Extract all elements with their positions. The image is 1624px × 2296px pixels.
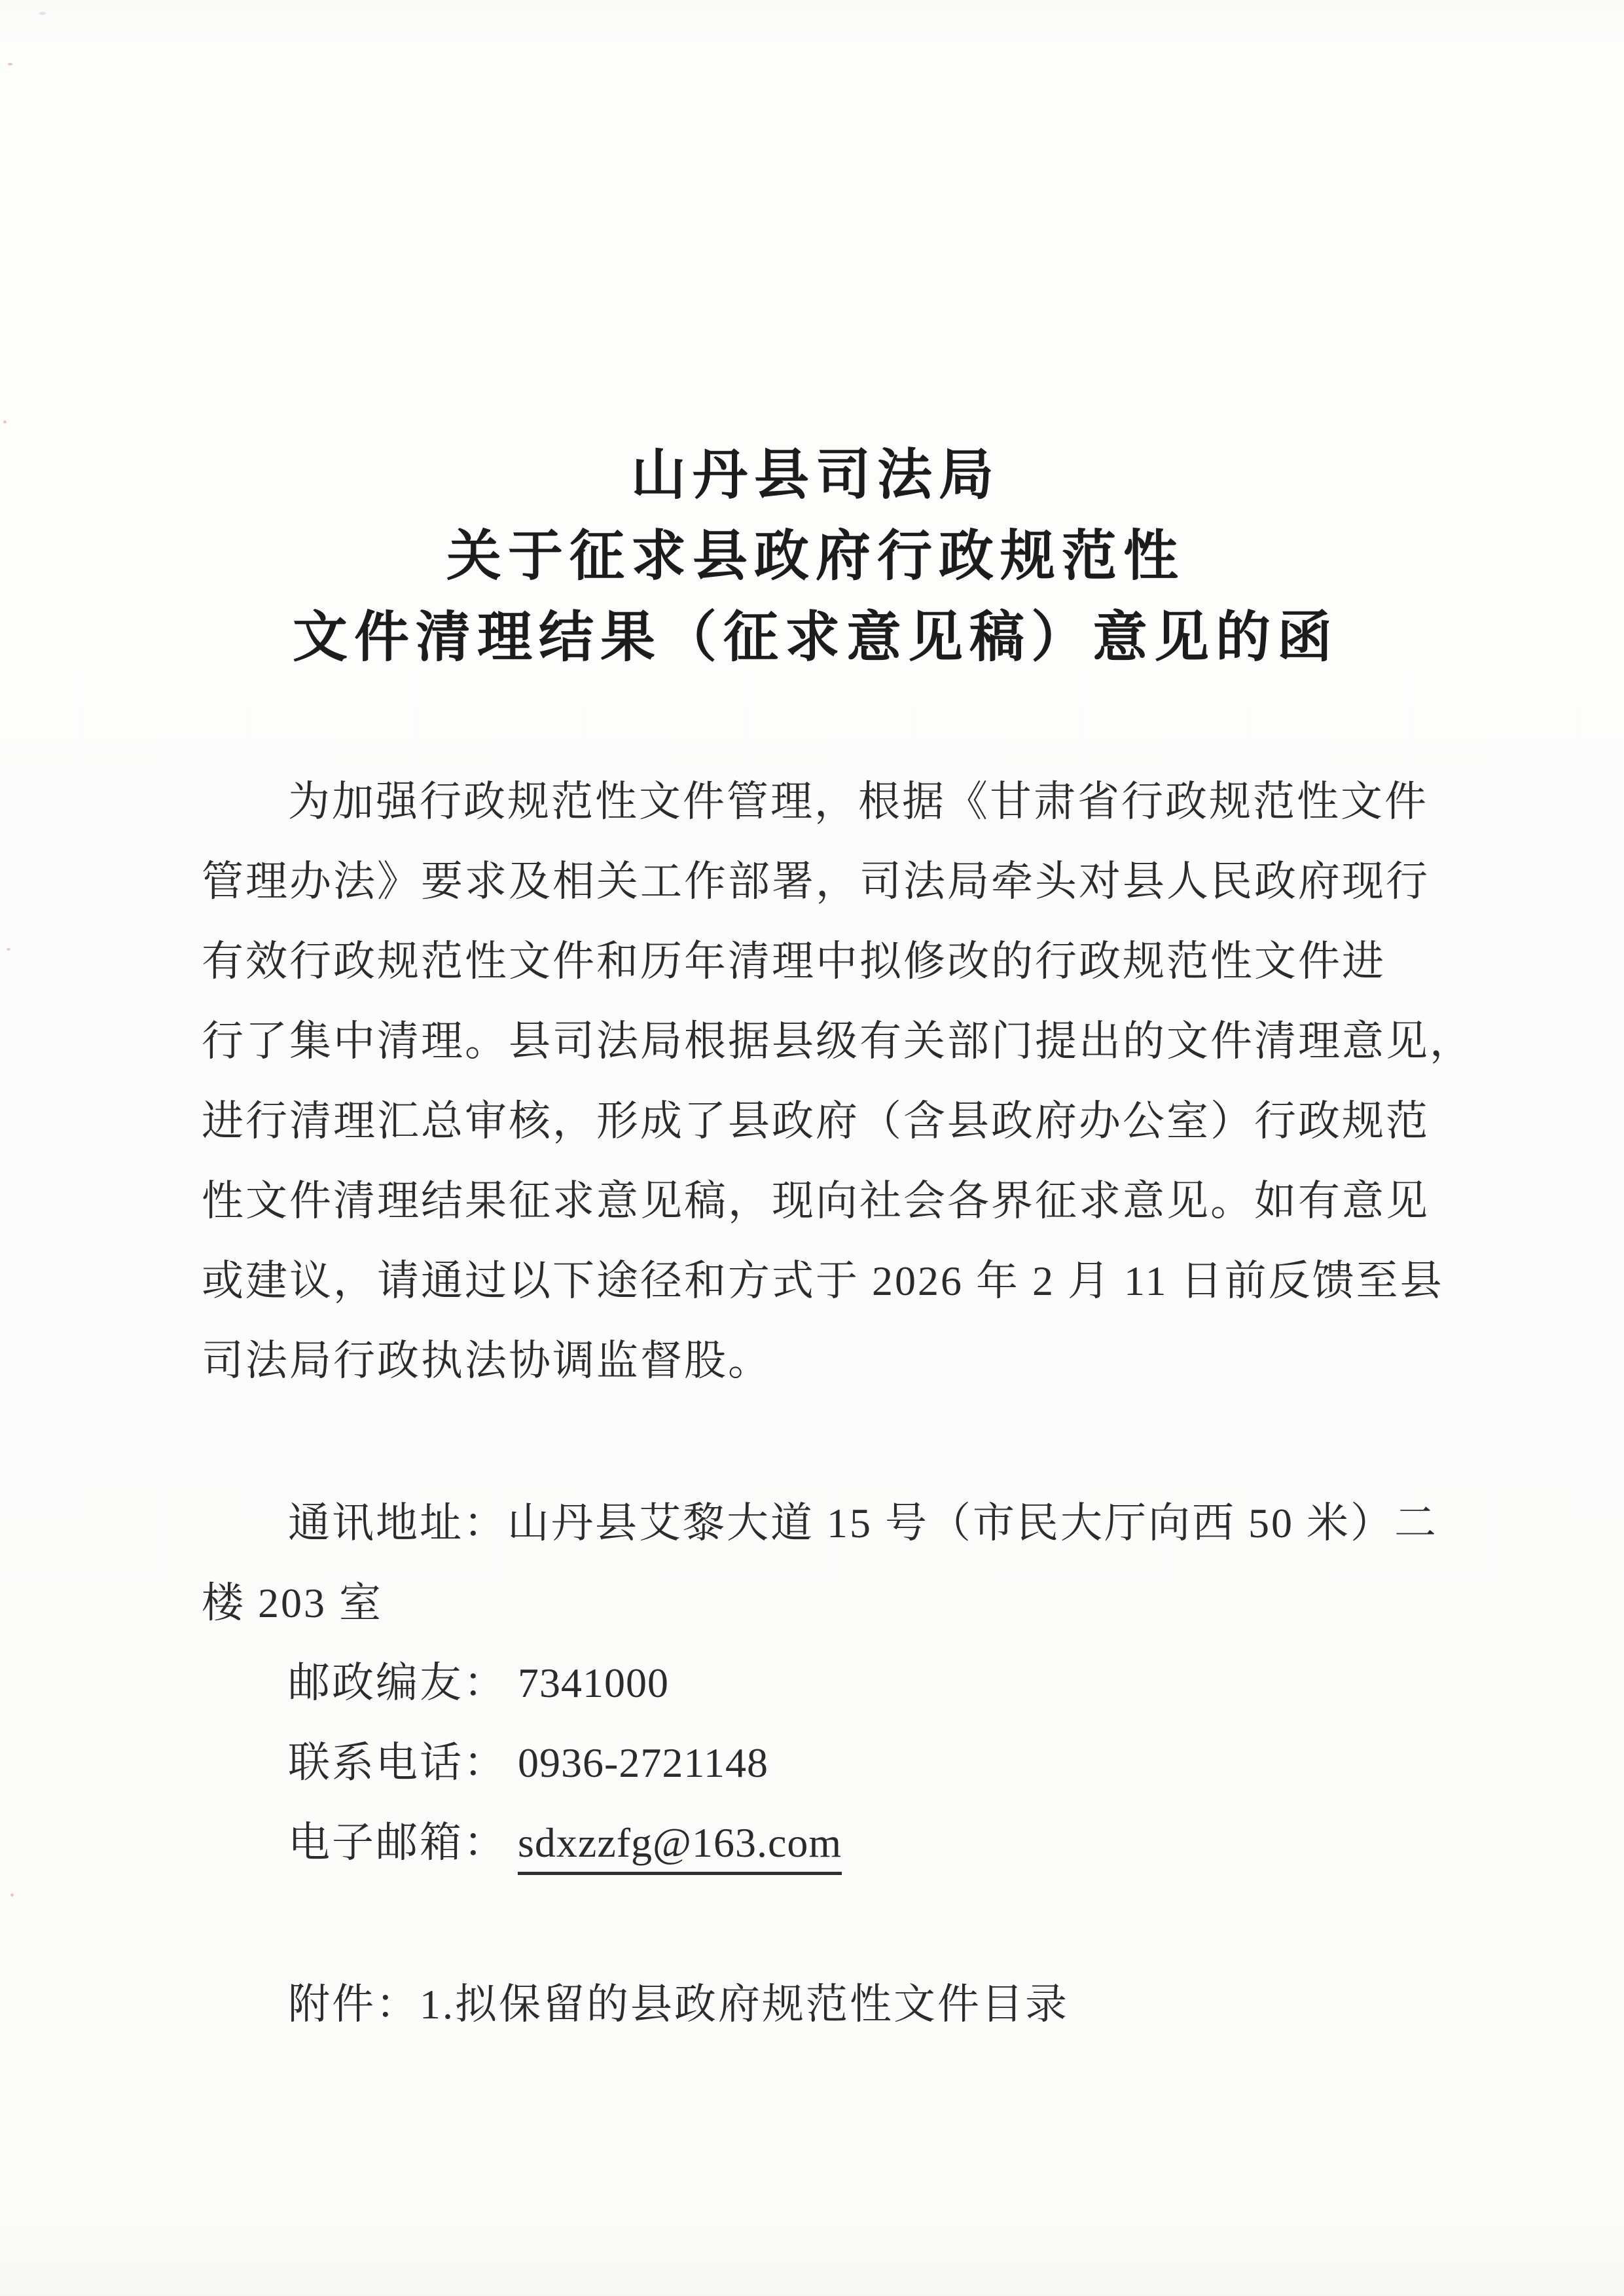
document-title: 山丹县司法局 关于征求县政府行政规范性 文件清理结果（征求意见稿）意见的函	[202, 435, 1430, 679]
title-line-subject-1: 关于征求县政府行政规范性	[202, 517, 1430, 598]
attachment-line: 附件：1.拟保留的县政府规范性文件目录	[202, 1965, 1430, 2045]
scan-speck	[7, 948, 10, 951]
title-line-subject-2: 文件清理结果（征求意见稿）意见的函	[202, 598, 1430, 679]
mailing-address-line-2: 楼 203 室	[202, 1563, 1430, 1643]
scan-speck	[8, 63, 12, 65]
body-paragraph: 为加强行政规范性文件管理，根据《甘肃省行政规范性文件 管理办法》要求及相关工作部…	[202, 762, 1430, 1401]
attachment-section: 附件：1.拟保留的县政府规范性文件目录	[202, 1965, 1430, 2045]
body-line-3: 有效行政规范性文件和历年清理中拟修改的行政规范性文件进	[202, 922, 1430, 1002]
phone-line: 联系电话：0936-2721148	[202, 1723, 1430, 1803]
scanned-document-page: 山丹县司法局 关于征求县政府行政规范性 文件清理结果（征求意见稿）意见的函 为加…	[0, 0, 1624, 2296]
postal-code-label: 邮政编友：	[288, 1660, 507, 1706]
phone-value: 0936-2721148	[518, 1740, 768, 1786]
document-content-column: 山丹县司法局 关于征求县政府行政规范性 文件清理结果（征求意见稿）意见的函 为加…	[202, 435, 1430, 2045]
title-line-issuer: 山丹县司法局	[202, 435, 1430, 517]
body-line-4: 行了集中清理。县司法局根据县级有关部门提出的文件清理意见，	[202, 1002, 1430, 1082]
postal-code-line: 邮政编友：7341000	[202, 1643, 1430, 1723]
body-line-2: 管理办法》要求及相关工作部署，司法局牵头对县人民政府现行	[202, 842, 1430, 922]
body-line-5: 进行清理汇总审核，形成了县政府（含县政府办公室）行政规范	[202, 1082, 1430, 1161]
body-line-8: 司法局行政执法协调监督股。	[202, 1321, 1430, 1401]
contact-info: 通讯地址：山丹县艾黎大道 15 号（市民大厅向西 50 米）二 楼 203 室 …	[202, 1484, 1430, 1883]
scan-speck	[39, 12, 46, 15]
scan-speck	[10, 1893, 14, 1897]
body-line-1: 为加强行政规范性文件管理，根据《甘肃省行政规范性文件	[202, 762, 1430, 842]
email-value: sdxzzfg@163.com	[518, 1819, 842, 1875]
body-line-6: 性文件清理结果征求意见稿，现向社会各界征求意见。如有意见	[202, 1161, 1430, 1241]
mailing-address-line-1: 通讯地址：山丹县艾黎大道 15 号（市民大厅向西 50 米）二	[202, 1484, 1430, 1563]
email-label: 电子邮箱：	[288, 1819, 507, 1866]
body-line-7: 或建议，请通过以下途径和方式于 2026 年 2 月 11 日前反馈至县	[202, 1241, 1430, 1321]
scan-speck	[3, 420, 7, 424]
postal-code-value: 7341000	[518, 1660, 669, 1706]
email-line: 电子邮箱：sdxzzfg@163.com	[202, 1803, 1430, 1883]
phone-label: 联系电话：	[288, 1740, 507, 1786]
